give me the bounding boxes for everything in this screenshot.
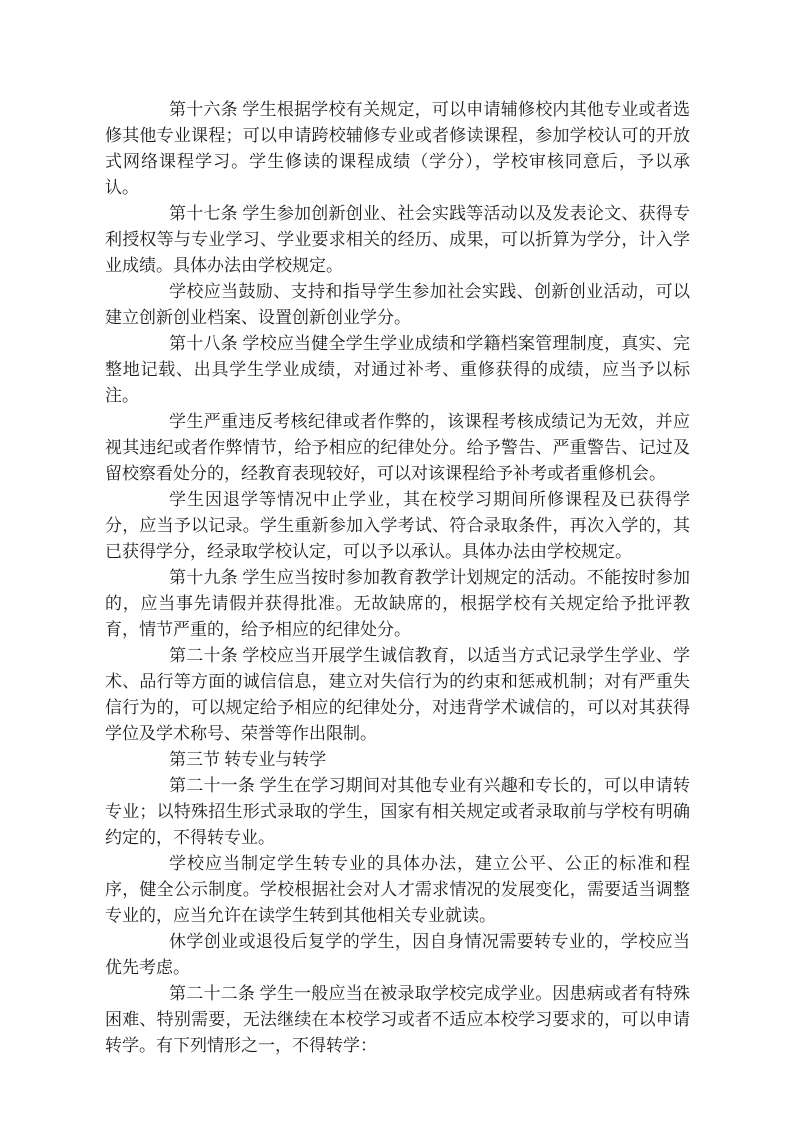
paragraph-article-19: 第十九条 学生应当按时参加教育教学计划规定的活动。不能按时参加的，应当事先请假并… xyxy=(105,565,690,643)
paragraph-article-17-cont: 学校应当鼓励、支持和指导学生参加社会实践、创新创业活动，可以建立创新创业档案、设… xyxy=(105,279,690,331)
paragraph-article-16: 第十六条 学生根据学校有关规定，可以申请辅修校内其他专业或者选修其他专业课程；可… xyxy=(105,97,690,201)
paragraph-article-22: 第二十二条 学生一般应当在被录取学校完成学业。因患病或者有特殊困难、特别需要，无… xyxy=(105,981,690,1059)
paragraph-article-18: 第十八条 学校应当健全学生学业成绩和学籍档案管理制度，真实、完整地记载、出具学生… xyxy=(105,331,690,409)
paragraph-article-21-cont-1: 学校应当制定学生转专业的具体办法，建立公平、公正的标准和程序，健全公示制度。学校… xyxy=(105,851,690,929)
paragraph-article-18-cont-2: 学生因退学等情况中止学业，其在校学习期间所修课程及已获得学分，应当予以记录。学生… xyxy=(105,487,690,565)
paragraph-article-21-cont-2: 休学创业或退役后复学的学生，因自身情况需要转专业的，学校应当优先考虑。 xyxy=(105,929,690,981)
paragraph-article-18-cont-1: 学生严重违反考核纪律或者作弊的，该课程考核成绩记为无效，并应视其违纪或者作弊情节… xyxy=(105,409,690,487)
document-body: 第十六条 学生根据学校有关规定，可以申请辅修校内其他专业或者选修其他专业课程；可… xyxy=(105,97,690,1059)
paragraph-article-20: 第二十条 学校应当开展学生诚信教育，以适当方式记录学生学业、学术、品行等方面的诚… xyxy=(105,643,690,747)
document-page: 第十六条 学生根据学校有关规定，可以申请辅修校内其他专业或者选修其他专业课程；可… xyxy=(0,0,793,1122)
paragraph-article-17: 第十七条 学生参加创新创业、社会实践等活动以及发表论文、获得专利授权等与专业学习… xyxy=(105,201,690,279)
section-3-heading: 第三节 转专业与转学 xyxy=(105,747,690,773)
paragraph-article-21: 第二十一条 学生在学习期间对其他专业有兴趣和专长的，可以申请转专业；以特殊招生形… xyxy=(105,773,690,851)
